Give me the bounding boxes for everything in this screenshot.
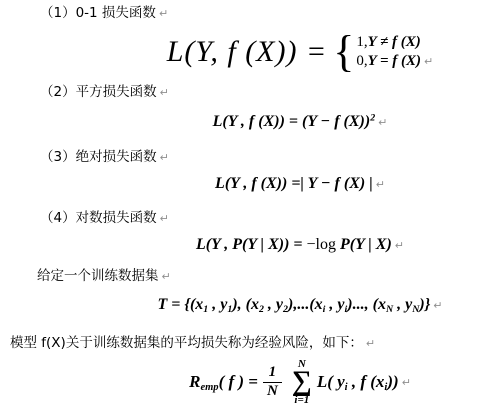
summation-operator: N ∑ i=1 — [292, 358, 312, 406]
paragraph-text: 模型 f(X)关于训练数据集的平均损失称为经验风险，如下： — [10, 335, 363, 351]
paragraph-return-mark: ↵ — [378, 116, 387, 129]
formula-body: T = {(x1 , y1), (x2 , y2),...(xi , yi)..… — [158, 296, 431, 314]
formula-training-set: T = {(x1 , y1), (x2 , y2),...(xi , yi)..… — [110, 296, 490, 314]
sum-lower-limit: i=1 — [294, 394, 309, 406]
formula-body: L(Y , P(Y | X)) = −log P(Y | X) — [196, 236, 392, 254]
formula-square-loss: L(Y , f (X)) = (Y − f (X))2 ↵ — [110, 113, 490, 131]
paragraph-text: （1）0-1 损失函数 — [40, 5, 156, 21]
case-value: 0, — [356, 53, 367, 69]
paragraph-text: 给定一个训练数据集 — [37, 268, 159, 284]
paragraph-item-2: （2）平方损失函数↵ — [40, 84, 169, 101]
formula-empirical-risk: Remp( f ) = 1 N N ∑ i=1 L( yi , f (xi)) … — [110, 356, 490, 408]
paragraph-return-mark: ↵ — [376, 178, 385, 191]
paragraph-return-mark: ↵ — [366, 337, 375, 350]
risk-symbol: R — [189, 372, 200, 391]
formula-log-loss: L(Y , P(Y | X)) = −log P(Y | X) ↵ — [110, 236, 490, 254]
formula-lhs: L(Y, f (X)) = — [167, 35, 327, 69]
formula-body: L(Y , f (X)) =| Y − f (X) | — [215, 175, 373, 193]
paragraph-item-4: （4）对数损失函数↵ — [40, 210, 169, 227]
paragraph-return-mark: ↵ — [160, 86, 169, 99]
paragraph-return-mark: ↵ — [162, 270, 171, 283]
formula-body: L( yi , f (xi)) — [317, 372, 399, 392]
paragraph-given-training-set: 给定一个训练数据集↵ — [37, 268, 171, 285]
paragraph-return-mark: ↵ — [160, 212, 169, 225]
lhs-rest: ( f ) = — [219, 372, 258, 391]
formula-lhs: Remp( f ) = — [189, 372, 258, 392]
paragraph-return-mark: ↵ — [402, 376, 411, 389]
case-row-2: 0,Y = f (X)↵ — [356, 52, 433, 71]
fraction-one-over-n: 1 N — [263, 364, 282, 400]
risk-subscript: emp — [200, 382, 218, 393]
paragraph-return-mark: ↵ — [395, 239, 404, 252]
formula-absolute-loss: L(Y , f (X)) =| Y − f (X) | ↵ — [110, 175, 490, 193]
paragraph-return-mark: ↵ — [160, 151, 169, 164]
paragraph-text: （4）对数损失函数 — [40, 210, 157, 226]
case-condition: Y ≠ f (X) — [368, 34, 421, 50]
case-row-1: 1,Y ≠ f (X) — [356, 33, 433, 52]
cases-block: 1,Y ≠ f (X) 0,Y = f (X)↵ — [356, 33, 433, 71]
case-condition: Y = f (X) — [368, 53, 421, 69]
paragraph-text: （2）平方损失函数 — [40, 84, 157, 100]
formula-zero-one-loss: L(Y, f (X)) = { 1,Y ≠ f (X) 0,Y = f (X)↵ — [110, 27, 490, 77]
case-value: 1, — [356, 34, 367, 50]
fraction-denominator: N — [263, 383, 282, 400]
formula-body: L(Y , f (X)) = (Y − f (X))2 — [213, 113, 376, 131]
paragraph-return-mark: ↵ — [433, 299, 442, 312]
paragraph-return-mark: ↵ — [159, 7, 168, 20]
paragraph-item-1: （1）0-1 损失函数↵ — [40, 5, 168, 22]
paragraph-empirical-risk: 模型 f(X)关于训练数据集的平均损失称为经验风险，如下：↵ — [10, 335, 375, 352]
paragraph-text: （3）绝对损失函数 — [40, 149, 157, 165]
fraction-numerator: 1 — [263, 364, 282, 382]
word-document-page: （1）0-1 损失函数↵ L(Y, f (X)) = { 1,Y ≠ f (X)… — [0, 0, 491, 412]
sigma-icon: ∑ — [292, 370, 312, 394]
paragraph-return-mark: ↵ — [424, 55, 433, 68]
paragraph-item-3: （3）绝对损失函数↵ — [40, 149, 169, 166]
left-brace: { — [333, 30, 354, 74]
